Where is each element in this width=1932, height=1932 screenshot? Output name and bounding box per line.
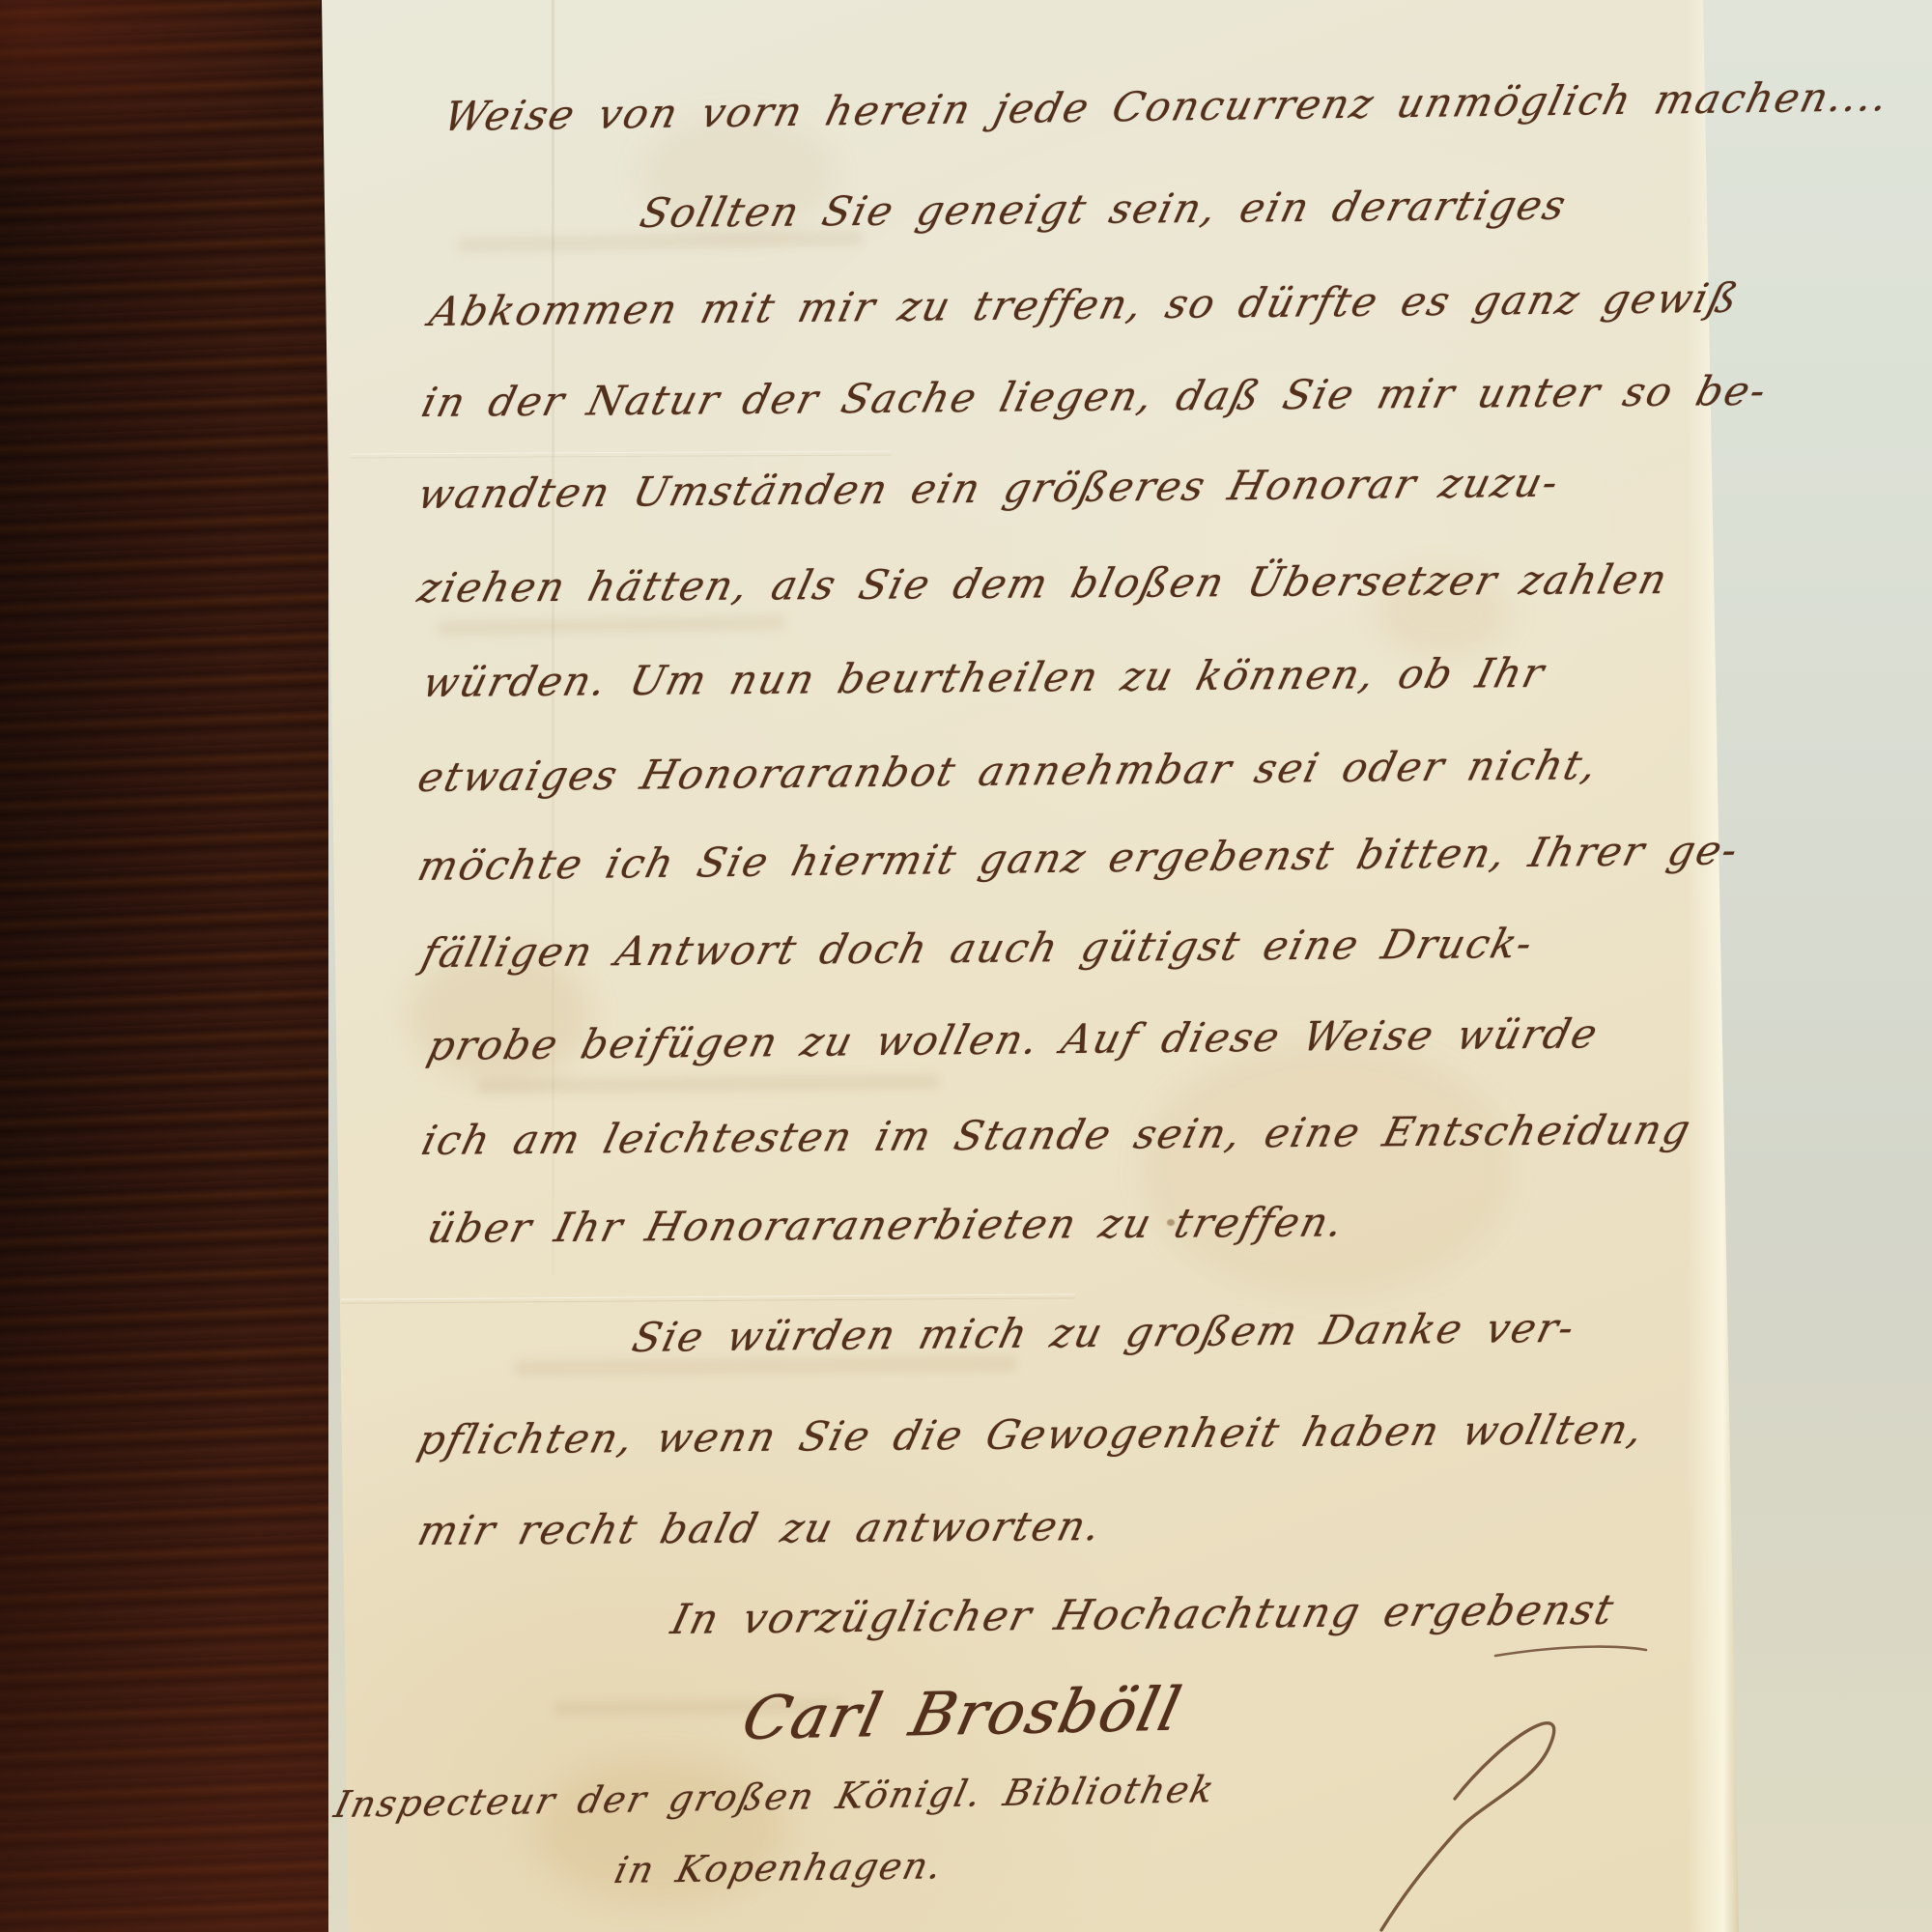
letter-line-body-6: ziehen hätten, als Sie dem bloßen Überse…	[413, 555, 1673, 611]
letter-line-body-15: pflichten, wenn Sie die Gewogenheit habe…	[413, 1406, 1650, 1463]
letter-line-signature: Carl Brosböll	[736, 1674, 1189, 1753]
letter-line-body-2: Sollten Sie geneigt sein, ein derartiges	[636, 182, 1572, 237]
letter-line-body-7: würden. Um nun beurtheilen zu können, ob…	[418, 649, 1550, 706]
letter-line-closing: In vorzüglicher Hochachtung ergebenst	[667, 1586, 1620, 1644]
letter-line-body-3: Abkommen mit mir zu treffen, so dürfte e…	[425, 274, 1744, 335]
letter-line-body-9: möchte ich Sie hiermit ganz ergebenst bi…	[413, 826, 1744, 890]
letter-line-body-16: mir recht bald zu antworten.	[413, 1502, 1107, 1554]
letter-line-body-1: Weise von vorn herein jede Concurrenz un…	[440, 72, 1894, 140]
letter-line-body-12: ich am leichtesten im Stande sein, eine …	[417, 1106, 1696, 1164]
letter-line-body-8: etwaiges Honoraranbot annehmbar sei oder…	[413, 741, 1604, 801]
handwritten-text-layer: Weise von vorn herein jede Concurrenz un…	[0, 0, 1932, 1932]
letter-line-body-14: Sie würden mich zu großem Danke ver-	[628, 1304, 1580, 1361]
letter-line-body-10: fälligen Antwort doch auch gütigst eine …	[417, 920, 1539, 977]
letter-line-body-4: in der Natur der Sache liegen, daß Sie m…	[417, 367, 1773, 426]
letter-line-body-5: wandten Umständen ein größeres Honorar z…	[413, 459, 1565, 518]
letter-line-role: Inspecteur der großen Königl. Bibliothek	[330, 1768, 1220, 1826]
letter-photo-scene: Weise von vorn herein jede Concurrenz un…	[0, 0, 1932, 1932]
letter-line-body-13: über Ihr Honoraranerbieten zu treffen.	[423, 1198, 1350, 1252]
letter-line-body-11: probe beifügen zu wollen. Auf diese Weis…	[423, 1009, 1604, 1069]
letter-line-place: in Kopenhagen.	[611, 1844, 948, 1891]
